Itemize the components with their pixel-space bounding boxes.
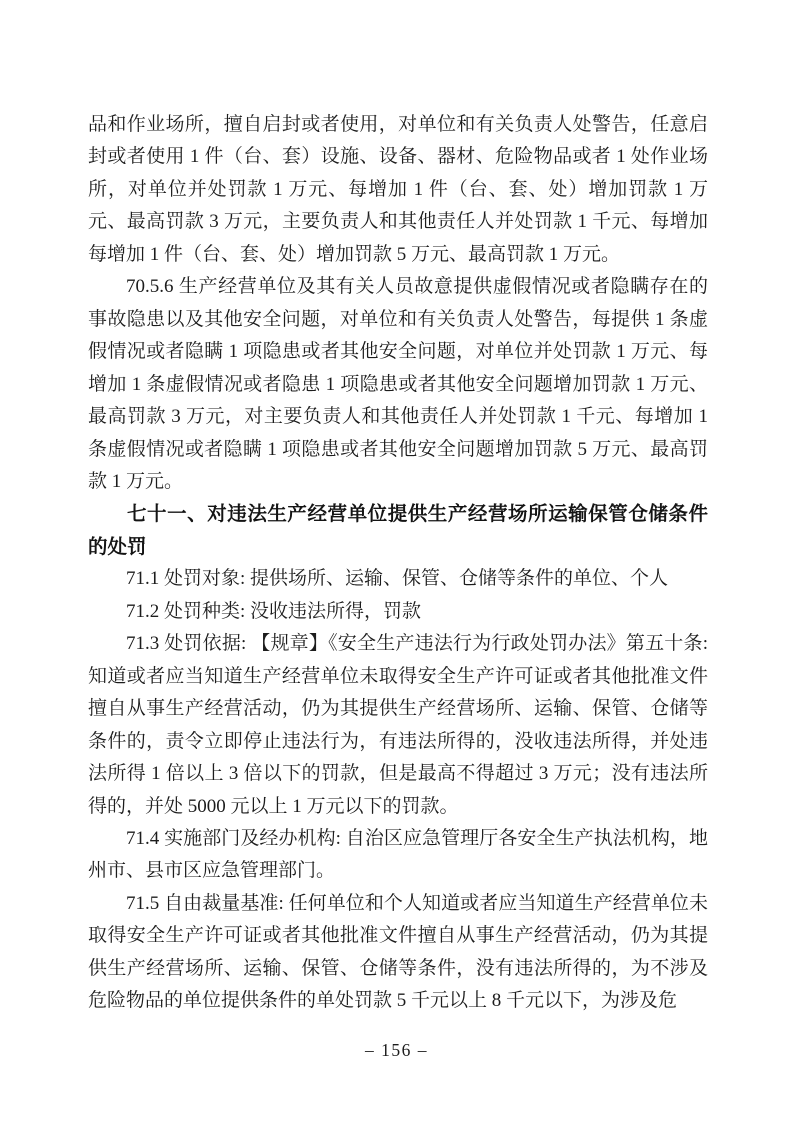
section-heading-71: 七十一、对违法生产经营单位提供生产经营场所运输保管仓储条件的处罚 — [88, 498, 708, 563]
document-page: 品和作业场所，擅自启封或者使用，对单位和有关负责人处警告，任意启封或者使用 1 … — [0, 0, 793, 1122]
paragraph-70-5-6: 70.5.6 生产经营单位及其有关人员故意提供虚假情况或者隐瞒存在的事故隐患以及… — [88, 271, 708, 498]
paragraph-71-4: 71.4 实施部门及经办机构: 自治区应急管理厅各安全生产执法机构，地州市、县市… — [88, 823, 708, 888]
page-number: – 156 – — [0, 1040, 793, 1061]
paragraph-continuation: 品和作业场所，擅自启封或者使用，对单位和有关负责人处警告，任意启封或者使用 1 … — [88, 109, 708, 271]
paragraph-71-2: 71.2 处罚种类: 没收违法所得，罚款 — [88, 596, 708, 628]
document-body: 品和作业场所，擅自启封或者使用，对单位和有关负责人处警告，任意启封或者使用 1 … — [88, 109, 708, 1018]
paragraph-71-3: 71.3 处罚依据: 【规章】《安全生产违法行为行政处罚办法》第五十条: 知道或… — [88, 628, 708, 823]
paragraph-71-5: 71.5 自由裁量基准: 任何单位和个人知道或者应当知道生产经营单位未取得安全生… — [88, 888, 708, 1018]
paragraph-71-1: 71.1 处罚对象: 提供场所、运输、保管、仓储等条件的单位、个人 — [88, 563, 708, 595]
